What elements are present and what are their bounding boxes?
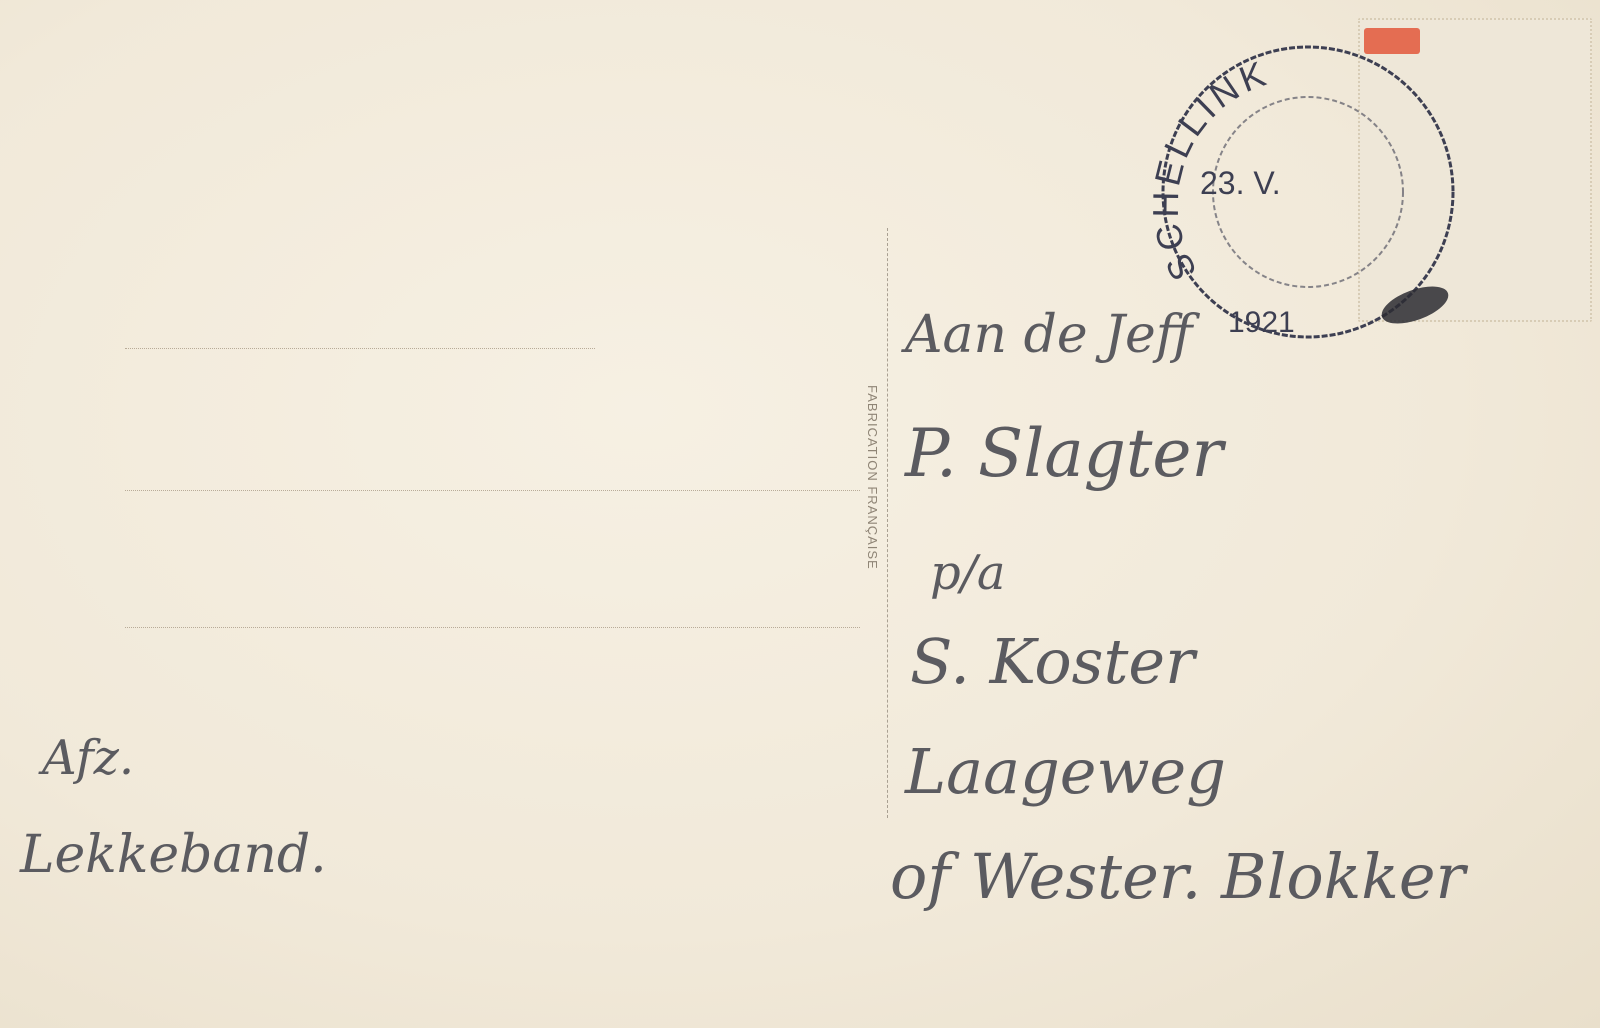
address-line-4: S. Koster	[910, 625, 1195, 698]
sender-label: Afz.	[42, 730, 134, 786]
address-line-3: p/a	[930, 545, 1006, 601]
writing-line-2	[125, 490, 860, 491]
address-line-6: of Wester. Blokker	[890, 840, 1465, 913]
center-divider	[887, 228, 888, 818]
printer-mark: FABRICATION FRANÇAISE	[865, 385, 880, 570]
sender-name: Lekkeband.	[20, 825, 327, 885]
writing-line-3	[125, 627, 860, 628]
writing-line-1	[125, 348, 595, 349]
address-line-1: Aan de Jeff	[905, 305, 1193, 365]
address-line-2: P. Slagter	[905, 415, 1223, 492]
postcard-back: FABRICATION FRANÇAISE SCHELLINK 23. V. 1…	[0, 0, 1600, 1028]
postmark-year: 1921	[1228, 306, 1295, 339]
postmark-date: 23. V.	[1200, 165, 1281, 201]
address-line-5: Laageweg	[905, 735, 1226, 808]
